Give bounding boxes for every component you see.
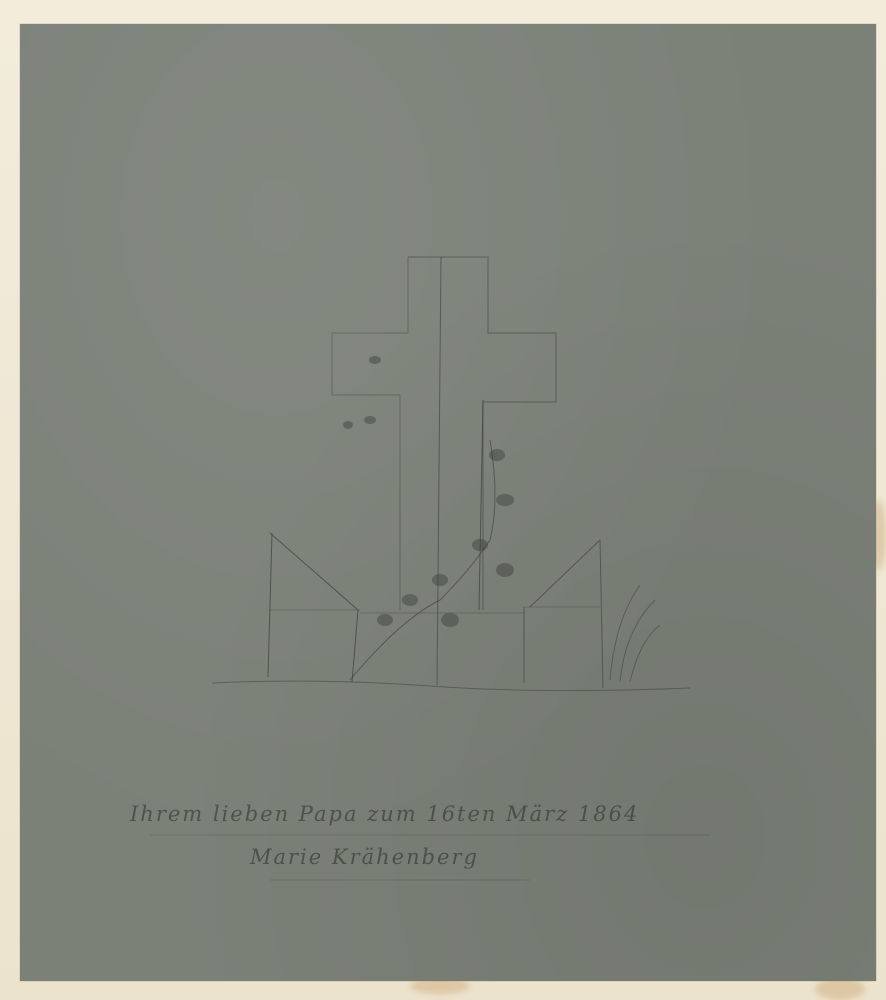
inscription-dedication: Ihrem lieben Papa zum 16ten März 1864 [130, 802, 639, 826]
drawing [20, 24, 876, 981]
grey-paper-sheet: Ihrem lieben Papa zum 16ten März 1864 Ma… [20, 24, 876, 981]
inscription-signature: Marie Krähenberg [250, 845, 479, 869]
stain [815, 978, 865, 1000]
